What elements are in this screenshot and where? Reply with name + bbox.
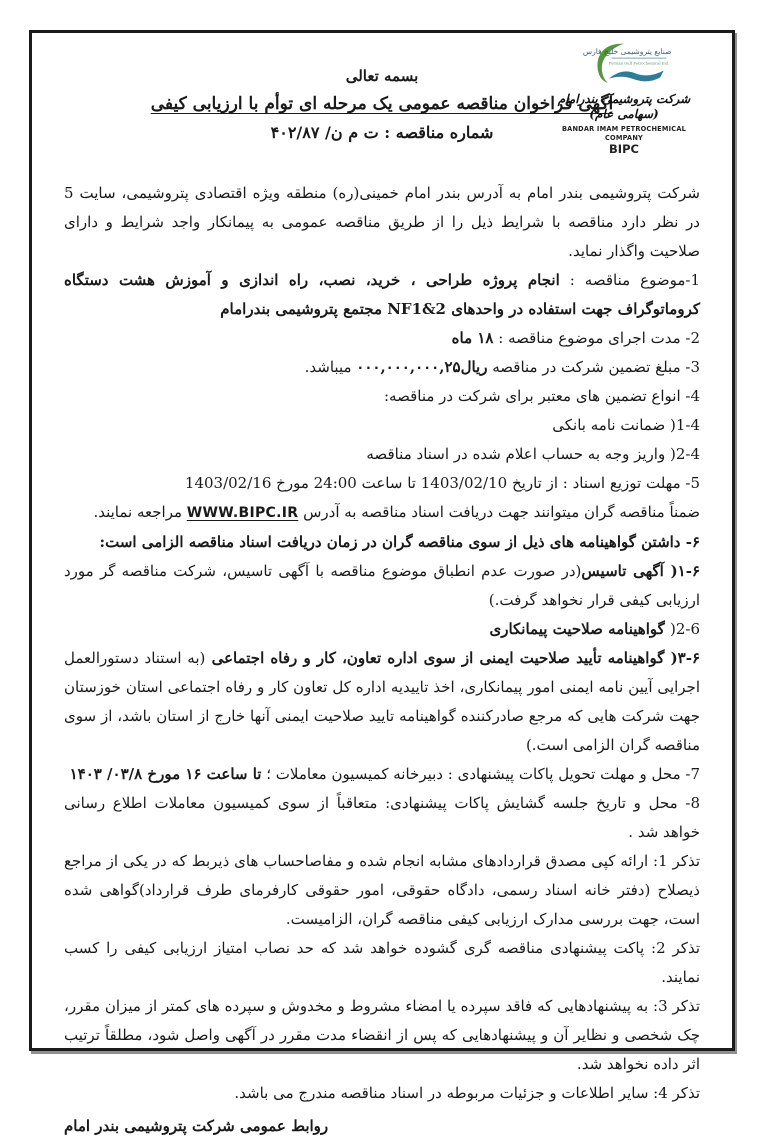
sub-item-4-1: )1-4 ضمانت نامه بانکی xyxy=(64,411,700,440)
note-3: تذکر 3: به پیشنهادهایی که فاقد سپرده یا … xyxy=(64,992,700,1079)
sub-item-6-2: )2-6 گواهینامه صلاحیت پیمانکاری xyxy=(64,615,700,644)
item-5: 5- مهلت توزیع اسناد : از تاریخ 1403/02/1… xyxy=(64,469,700,498)
item-1: 1-موضوع مناقصه : انجام پروژه طراحی ، خری… xyxy=(64,266,700,324)
submission-deadline-date: ۱۴۰۳ /۰۳/۸ xyxy=(70,765,143,783)
svg-text:شرکت صنایع پتروشیمی خلیج فارس: شرکت صنایع پتروشیمی خلیج فارس xyxy=(583,47,672,56)
item-8: 8- محل و تاریخ جلسه گشایش پاکات پیشنهادی… xyxy=(64,789,700,847)
pgpic-emblem-icon: شرکت صنایع پتروشیمی خلیج فارس Persian Gu… xyxy=(576,39,672,91)
item-7: 7- محل و مهلت تحویل پاکات پیشنهادی : دبی… xyxy=(64,760,700,789)
document-header: بسمه تعالی آگهی فراخوان مناقصه عمومی یک … xyxy=(64,39,700,165)
item-4: 4- انواع تضمین های معتبر برای شرکت در من… xyxy=(64,382,700,411)
document-sheet: بسمه تعالی آگهی فراخوان مناقصه عمومی یک … xyxy=(29,30,735,1051)
bipc-website-link[interactable]: WWW.BIPC.IR xyxy=(187,505,299,521)
note-2: تذکر 2: پاکت پیشنهادی مناقصه گری گشوده خ… xyxy=(64,934,700,992)
note-1: تذکر 1: ارائه کپی مصدق قراردادهای مشابه … xyxy=(64,847,700,934)
item-2: 2- مدت اجرای موضوع مناقصه : ۱۸ ماه xyxy=(64,324,700,353)
item-5-note: ضمناً مناقصه گران میتوانند جهت دریافت اس… xyxy=(64,498,700,528)
tender-number: ۴۰۲/۸۷ xyxy=(271,123,320,142)
page: { "page": { "background": "#ffffff", "in… xyxy=(0,0,768,1086)
sub-item-6-3: )۳-۶ گواهینامه تأیید صلاحیت ایمنی از سوی… xyxy=(64,644,700,760)
duration-value: ۱۸ ماه xyxy=(452,329,494,347)
company-name-fa: شرکت پتروشیمی بندرامام (سهامی عام) xyxy=(550,92,698,122)
item-3: 3- مبلغ تضمین شرکت در مناقصه ۰۰۰,۰۰۰,۰۰۰… xyxy=(64,353,700,382)
intro-paragraph: شرکت پتروشیمی بندر امام به آدرس بندر اما… xyxy=(64,179,700,266)
company-logo: شرکت صنایع پتروشیمی خلیج فارس Persian Gu… xyxy=(550,39,698,156)
svg-text:Persian Gulf Petrochemical Ind: Persian Gulf Petrochemical Ind. xyxy=(609,61,669,65)
signature: روابط عمومی شرکت پتروشیمی بندر امام xyxy=(64,1115,700,1137)
tender-number-label: شماره مناقصه : ت م ن/ xyxy=(319,123,493,142)
note-4: تذکر 4: سایر اطلاعات و جزئیات مربوطه در … xyxy=(64,1079,700,1108)
company-abbr: BIPC xyxy=(550,143,698,156)
guarantee-amount: ۰۰۰,۰۰۰,۰۰۰,۲۵ریال xyxy=(356,358,487,376)
item-6: ۶- داشتن گواهینامه های ذیل از سوی مناقصه… xyxy=(64,528,700,557)
document-body: شرکت پتروشیمی بندر امام به آدرس بندر اما… xyxy=(64,179,700,1108)
sub-item-6-1: )۱-۶ آگهی تاسیس(در صورت عدم انطباق موضوع… xyxy=(64,557,700,615)
page-title: آگهی فراخوان مناقصه عمومی یک مرحله ای تو… xyxy=(151,93,614,115)
sub-item-4-2: )2-4 واریز وجه به حساب اعلام شده در اسنا… xyxy=(64,440,700,469)
company-name-en: BANDAR IMAM PETROCHEMICAL COMPANY xyxy=(550,125,698,143)
